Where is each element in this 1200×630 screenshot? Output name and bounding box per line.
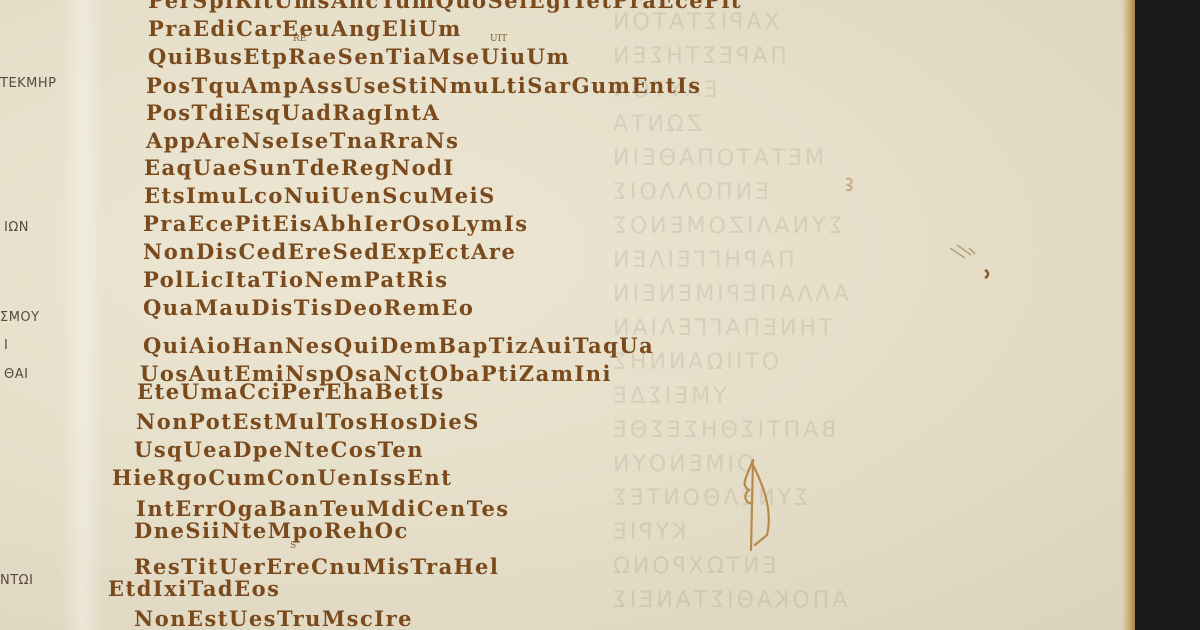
greek-margin-fragment: ΝΤΩΙ [0,573,33,588]
latin-text-line: PolLicItaTioNemPatRis [143,267,449,292]
show-through-line: ΠΑΡΗΓΓΕΙΛΕΝ [610,248,795,273]
page-fold-shading [60,0,105,630]
latin-text-line: EtdIxiTadEos [108,576,280,601]
latin-text-line: UsqUeaDpeNteCosTen [134,437,424,462]
manuscript-page: ΧΑΡΙΣΤΑΤΟΝΠΑΡΕΣΤΗΣΕΝΕΑΥΤΟΝΖΩΝΤΑΜΕΤΑΤΟΠΑΘ… [0,0,1135,630]
show-through-line: ΑΠΟΚΑΘΙΣΤΑΝΕΙΣ [610,588,847,613]
marginal-sign-mark [735,455,785,555]
interlinear-gloss: S [290,541,296,551]
greek-margin-fragment: ΘΑΙ [4,367,28,382]
show-through-line: ΕΝΤΩΧΡΟΝΩ [610,554,777,579]
latin-text-line: EaqUaeSunTdeRegNodI [144,155,455,180]
latin-text-line: NonDisCedEreSedExpEctAre [143,239,516,264]
latin-text-line: PraEcePitEisAbhIerOsoLymIs [143,211,529,236]
show-through-line: ΑΛΛΑΠΕΡΙΜΕΝΕΙΝ [610,282,849,307]
show-through-line: ΒΑΠΤΙΣΘΗΣΕΣΘΕ [610,418,836,443]
show-through-line: ΧΑΡΙΣΤΑΤΟΝ [610,10,779,35]
latin-text-line: QuaMauDisTisDeoRemEo [143,295,474,320]
latin-text-line: QuiAioHanNesQuiDemBapTizAuiTaqUa [143,333,654,358]
show-through-line: ΣΥΝΑΛΙΖΟΜΕΝΟΣ [610,214,842,239]
latin-text-line: HieRgoCumConUenIssEnt [112,465,452,490]
show-through-line: ΚΥΡΙΕ [610,520,687,545]
latin-text-line: PosTdiEsqUadRagIntA [146,100,440,125]
latin-text-line: EtsImuLcoNuiUenScuMeiS [144,183,496,208]
greek-margin-fragment: ΤΕΚΜΗΡ [0,76,57,91]
latin-text-line: NonEstUesTruMscIre [134,606,413,630]
latin-text-line: PerSpiRitUmsAncTumQuoSelEgiTetPraEcePit [148,0,742,13]
show-through-line: ΜΕΤΑΤΟΠΑΘΕΙΝ [610,146,824,171]
latin-text-line: DneSiiNteMpoRehOc [134,518,409,543]
greek-margin-fragment: ΣΜΟΥ [0,310,40,325]
greek-margin-fragment: ΙΩΝ [4,220,29,235]
show-through-line: ΟΙΜΕΝΟΥΝ [610,452,754,477]
show-through-line: ΠΑΡΕΣΤΗΣΕΝ [610,44,787,69]
greek-margin-fragment: Ι [4,338,8,353]
show-through-line: ΥΜΕΙΣΔΕ [610,384,727,409]
ink-stroke-marks [945,240,1005,300]
latin-text-line: AppAreNseIseTnaRraNs [146,128,459,153]
show-through-line: ΕΝΠΟΛΛΟΙΣ [610,180,769,205]
interlinear-gloss: UIT [490,34,507,44]
latin-text-line: NonPotEstMulTosHosDieS [136,409,480,434]
latin-text-line: EteUmaCciPerEhaBetIs [137,379,445,404]
latin-text-line: QuiBusEtpRaeSenTiaMseUiuUm [148,44,570,69]
latin-text-line: PosTquAmpAssUseStiNmuLtiSarGumEntIs [146,73,702,98]
marginal-blot [840,175,860,195]
dark-background [1135,0,1200,630]
interlinear-gloss: RE [293,34,306,44]
show-through-line: ΖΩΝΤΑ [610,112,702,137]
